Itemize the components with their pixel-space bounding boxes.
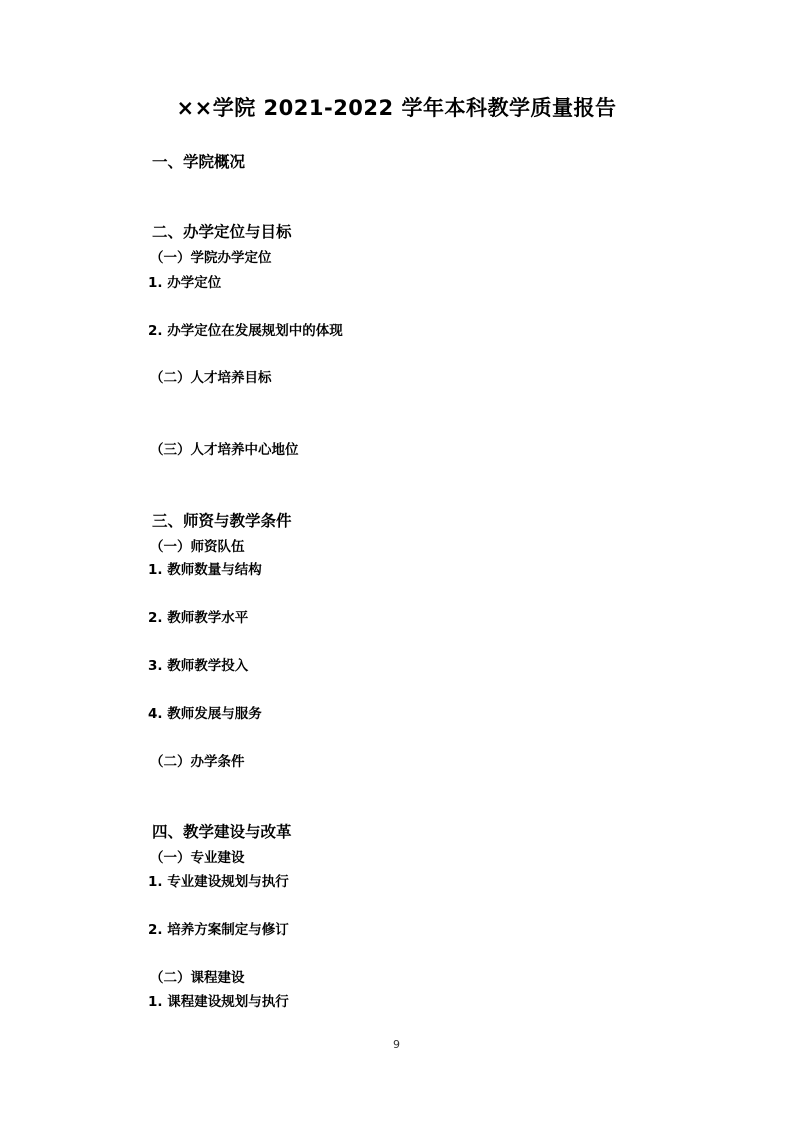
section-heading-4: 四、教学建设与改革	[152, 820, 292, 842]
item-heading: 3. 教师教学投入	[148, 654, 248, 674]
document-title: ××学院 2021-2022 学年本科教学质量报告	[0, 92, 793, 122]
section-heading-2: 二、办学定位与目标	[152, 220, 292, 242]
page-number: 9	[0, 1038, 793, 1051]
item-heading: 1. 课程建设规划与执行	[148, 990, 289, 1010]
subsection-heading: （三）人才培养中心地位	[150, 438, 299, 458]
subsection-heading: （一）专业建设	[150, 846, 245, 866]
section-heading-3: 三、师资与教学条件	[152, 509, 292, 531]
item-heading: 1. 专业建设规划与执行	[148, 870, 289, 890]
subsection-heading: （一）学院办学定位	[150, 246, 272, 266]
subsection-heading: （二）人才培养目标	[150, 366, 272, 386]
item-heading: 2. 办学定位在发展规划中的体现	[148, 319, 343, 339]
subsection-heading: （一）师资队伍	[150, 535, 245, 555]
section-heading-1: 一、学院概况	[152, 150, 245, 172]
item-heading: 4. 教师发展与服务	[148, 702, 262, 722]
subsection-heading: （二）课程建设	[150, 966, 245, 986]
item-heading: 2. 培养方案制定与修订	[148, 918, 289, 938]
item-heading: 1. 教师数量与结构	[148, 558, 262, 578]
item-heading: 2. 教师教学水平	[148, 606, 248, 626]
item-heading: 1. 办学定位	[148, 271, 221, 291]
subsection-heading: （二）办学条件	[150, 750, 245, 770]
